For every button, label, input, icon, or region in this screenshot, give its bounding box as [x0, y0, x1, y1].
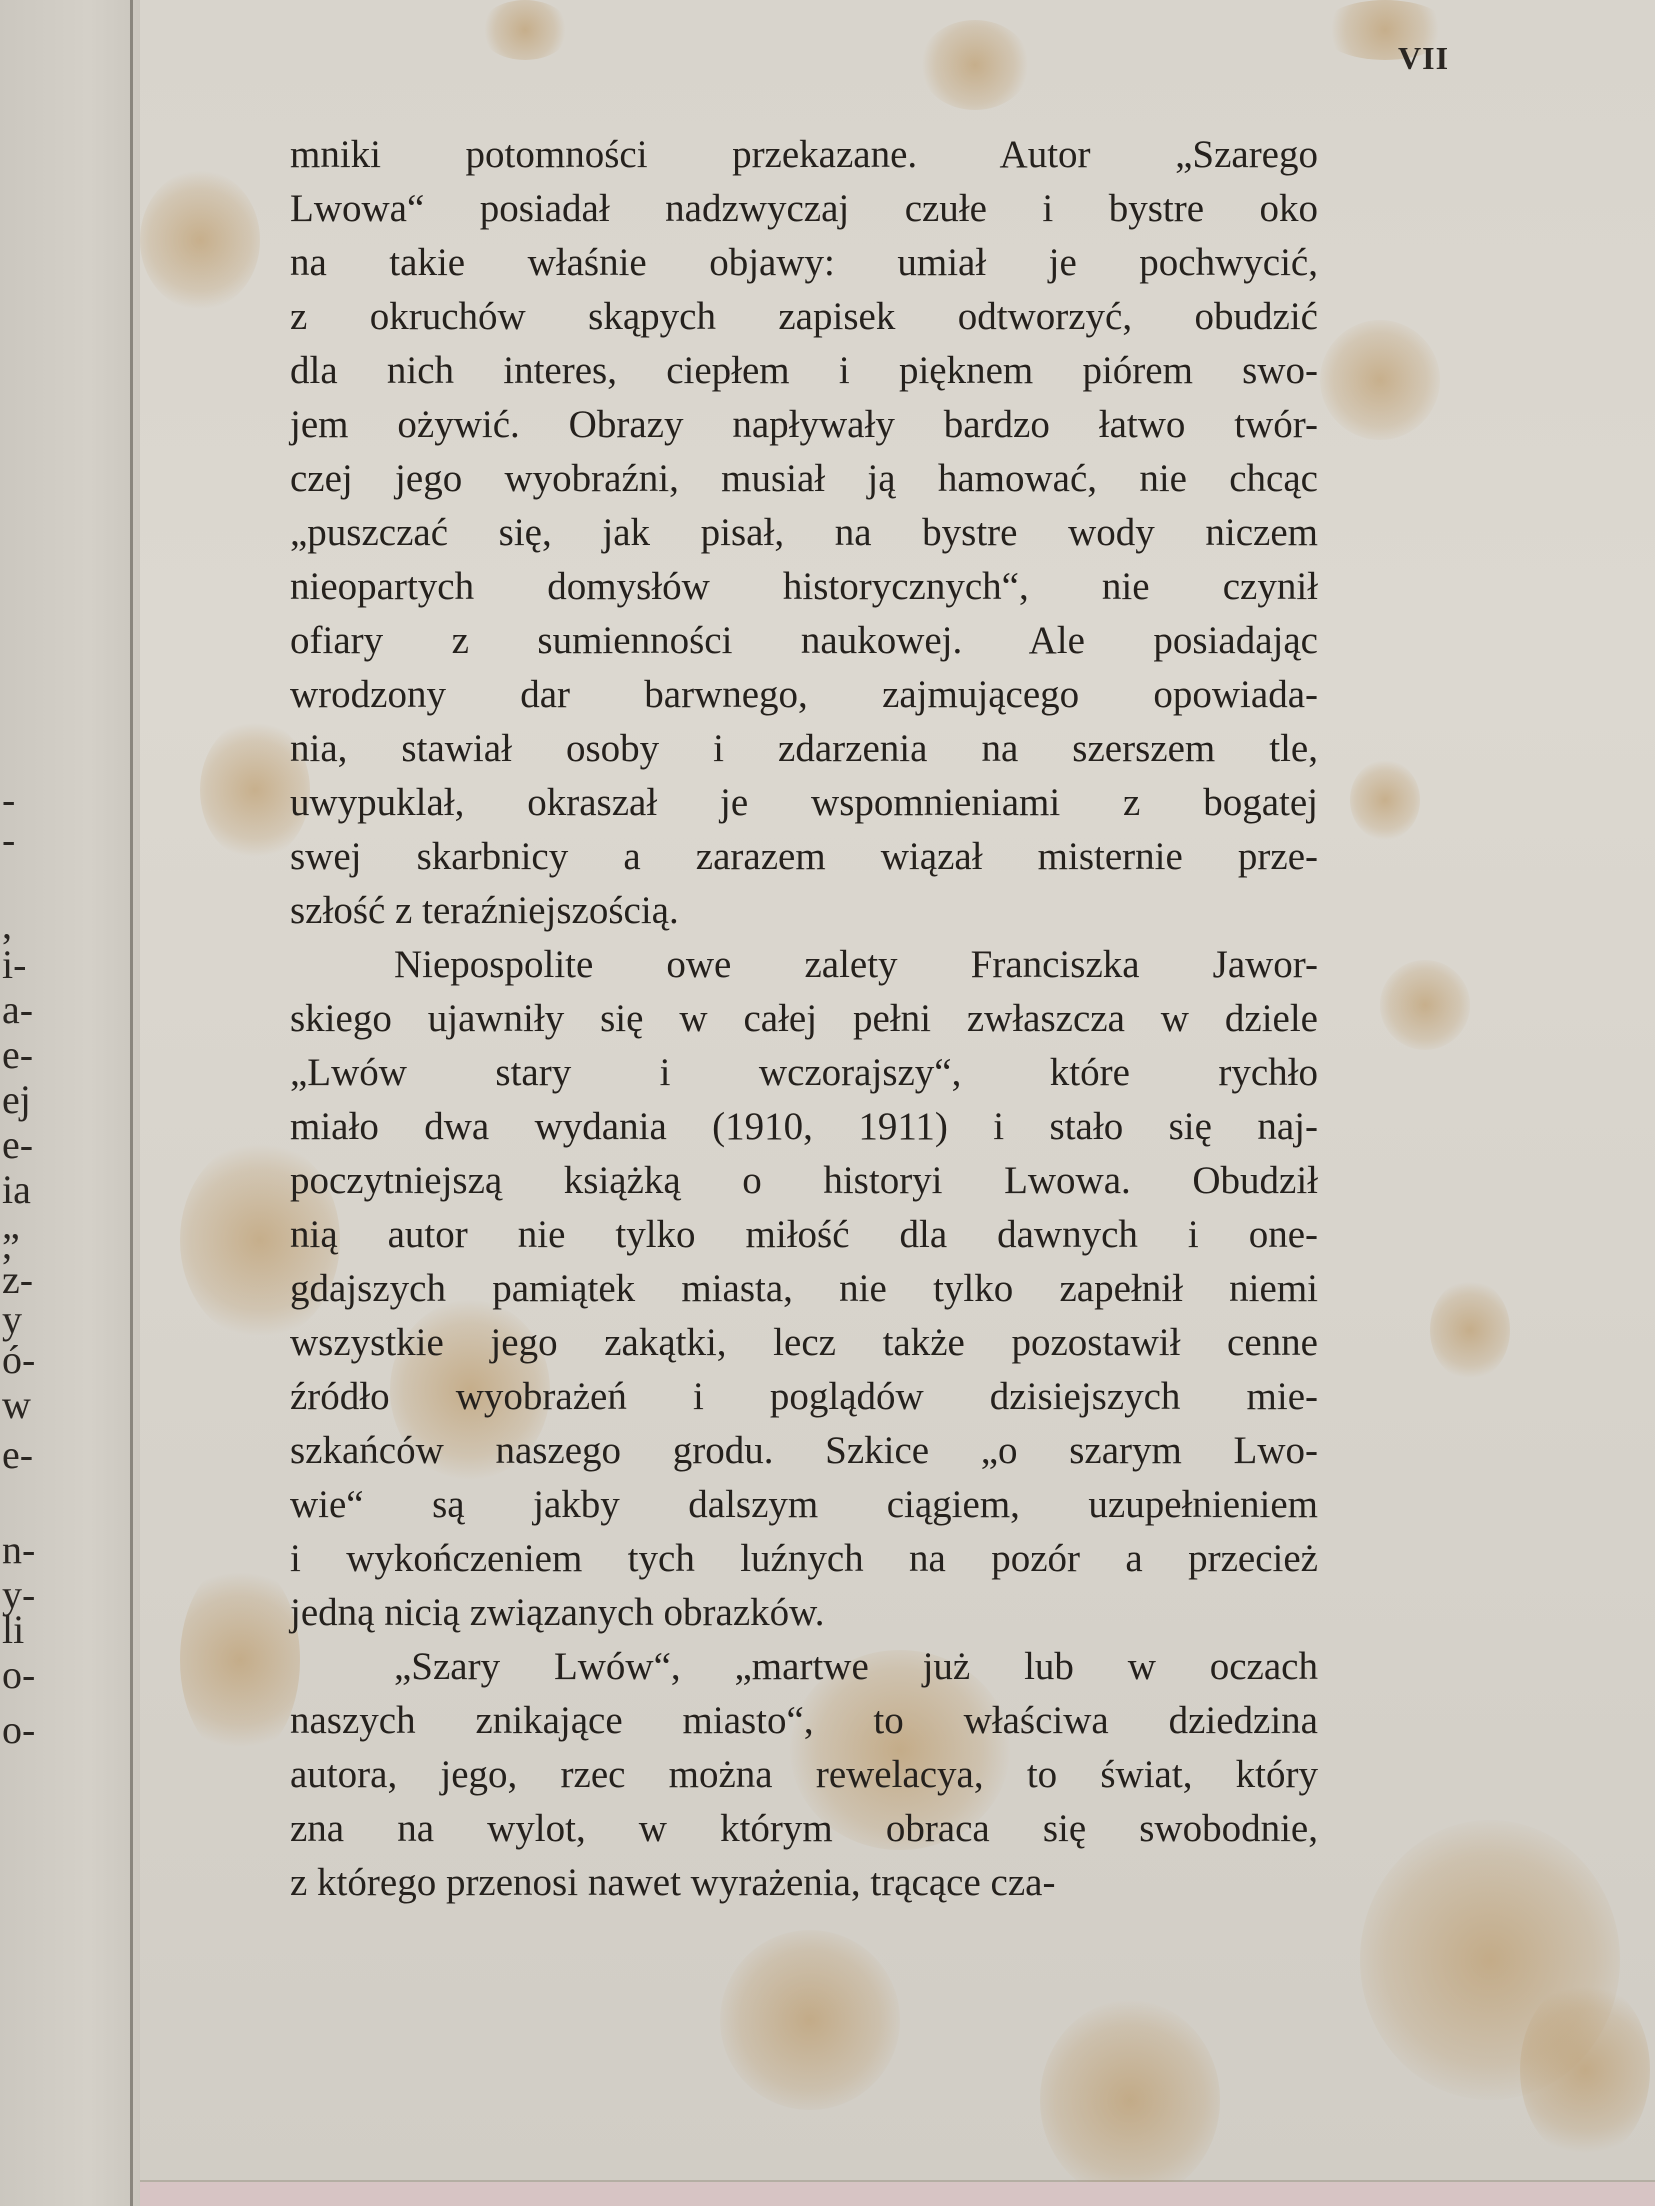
text-line: nią autor nie tylko miłość dla dawnych i… [290, 1208, 1318, 1262]
left-page-fragment: a- [2, 990, 33, 1030]
text-line: szkańców naszego grodu. Szkice „o szarym… [290, 1424, 1318, 1478]
left-page-fragment: o- [2, 1655, 35, 1695]
left-page-fragment: , [2, 905, 12, 945]
left-page-fragment: - [2, 780, 15, 820]
left-page-text-fragments: --,i-a-e-eje-ia„,z-yó-we-n-y-lio-o- [0, 0, 148, 2206]
text-line: autora, jego, rzec można rewelacya, to ś… [290, 1748, 1318, 1802]
left-page-fragment: e- [2, 1435, 33, 1475]
left-page-fragment: - [2, 820, 15, 860]
text-line: zna na wylot, w którym obraca się swobod… [290, 1802, 1318, 1856]
left-page-fragment: o- [2, 1710, 35, 1750]
text-line: ofiary z sumienności naukowej. Ale posia… [290, 614, 1318, 668]
text-line: z którego przenosi nawet wyrażenia, trąc… [290, 1856, 1318, 1910]
page-number: VII [1398, 40, 1449, 77]
text-line: wrodzony dar barwnego, zajmującego opowi… [290, 668, 1318, 722]
left-page-fragment: li [2, 1610, 24, 1650]
paragraph: Niepospolite owe zalety Franciszka Jawor… [290, 938, 1318, 1640]
text-line: jem ożywić. Obrazy napływały bardzo łatw… [290, 398, 1318, 452]
text-line: z okruchów skąpych zapisek odtworzyć, ob… [290, 290, 1318, 344]
text-line: szłość z teraźniejszością. [290, 884, 1318, 938]
left-page-fragment: e- [2, 1125, 33, 1165]
text-line: Niepospolite owe zalety Franciszka Jawor… [290, 938, 1318, 992]
text-line: wszystkie jego zakątki, lecz także pozos… [290, 1316, 1318, 1370]
text-line: wie“ są jakby dalszym ciągiem, uzupełnie… [290, 1478, 1318, 1532]
text-line: czej jego wyobraźni, musiał ją hamować, … [290, 452, 1318, 506]
text-line: dla nich interes, ciepłem i pięknem piór… [290, 344, 1318, 398]
text-line: uwypuklał, okraszał je wspomnieniami z b… [290, 776, 1318, 830]
left-page-fragment: z- [2, 1260, 33, 1300]
left-page-fragment: w [2, 1385, 31, 1425]
text-line: Lwowa“ posiadał nadzwyczaj czułe i bystr… [290, 182, 1318, 236]
left-page-fragment: ó- [2, 1340, 35, 1380]
text-line: skiego ujawniły się w całej pełni zwłasz… [290, 992, 1318, 1046]
text-line: gdajszych pamiątek miasta, nie tylko zap… [290, 1262, 1318, 1316]
paragraph: „Szary Lwów“, „martwe już lub w oczachna… [290, 1640, 1318, 1910]
text-line: swej skarbnicy a zarazem wiązał misterni… [290, 830, 1318, 884]
left-page-fragment: n- [2, 1530, 35, 1570]
body-text: mniki potomności przekazane. Autor „Szar… [290, 128, 1318, 1910]
text-line: mniki potomności przekazane. Autor „Szar… [290, 128, 1318, 182]
left-page-fragment: i- [2, 945, 26, 985]
text-line: na takie właśnie objawy: umiał je pochwy… [290, 236, 1318, 290]
left-page-fragment: y [2, 1300, 22, 1340]
text-line: miało dwa wydania (1910, 1911) i stało s… [290, 1100, 1318, 1154]
text-line: „Szary Lwów“, „martwe już lub w oczach [290, 1640, 1318, 1694]
left-page-fragment: e- [2, 1035, 33, 1075]
text-line: nieopartych domysłów historycznych“, nie… [290, 560, 1318, 614]
paragraph: mniki potomności przekazane. Autor „Szar… [290, 128, 1318, 938]
page-gutter [130, 0, 133, 2206]
text-line: „puszczać się, jak pisał, na bystre wody… [290, 506, 1318, 560]
text-line: jedną nicią związanych obrazków. [290, 1586, 1318, 1640]
text-line: nia, stawiał osoby i zdarzenia na szersz… [290, 722, 1318, 776]
text-line: „Lwów stary i wczorajszy“, które rychło [290, 1046, 1318, 1100]
text-line: źródło wyobrażeń i poglądów dzisiejszych… [290, 1370, 1318, 1424]
background-surface [140, 2182, 1655, 2206]
text-line: poczytniejszą książką o historyi Lwowa. … [290, 1154, 1318, 1208]
left-page-fragment: ej [2, 1080, 31, 1120]
text-line: naszych znikające miasto“, to właściwa d… [290, 1694, 1318, 1748]
text-line: i wykończeniem tych luźnych na pozór a p… [290, 1532, 1318, 1586]
